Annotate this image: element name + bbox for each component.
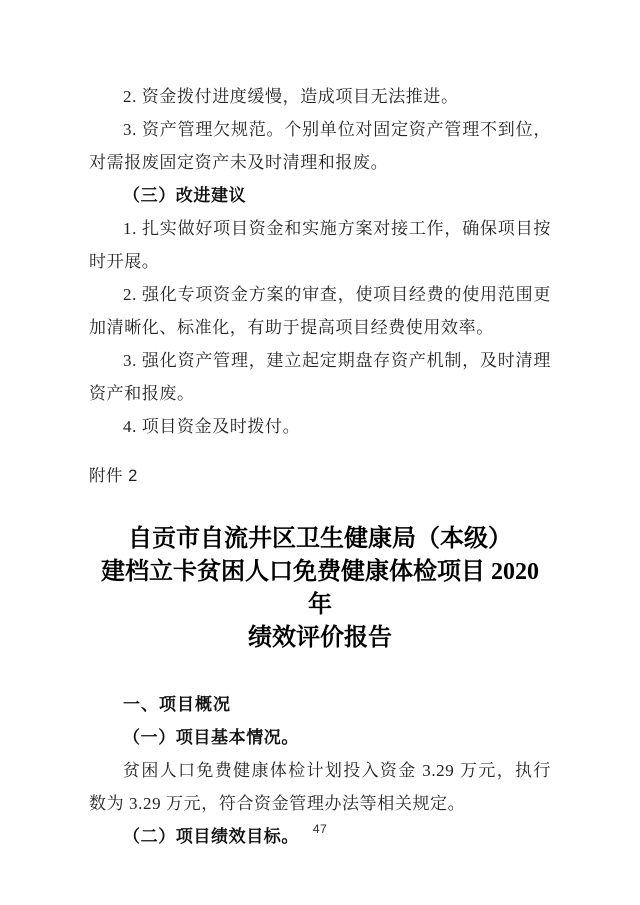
report-title-line: 自贡市自流井区卫生健康局（本级） <box>89 523 551 556</box>
paragraph-project-funding: 贫困人口免费健康体检计划投入资金 3.29 万元，执行数为 3.29 万元，符合… <box>89 754 551 820</box>
page-content: 2. 资金拨付进度缓慢，造成项目无法推进。 3. 资产管理欠规范。个别单位对固定… <box>0 0 640 853</box>
attachment-label: 附件 2 <box>89 460 551 493</box>
document-page: 2. 资金拨付进度缓慢，造成项目无法推进。 3. 资产管理欠规范。个别单位对固定… <box>0 0 640 905</box>
problem-item-3: 3. 资产管理欠规范。个别单位对固定资产管理不到位，对需报废固定资产未及时清理和… <box>89 113 551 179</box>
suggestion-item-4: 4. 项目资金及时拨付。 <box>89 410 551 443</box>
page-number: 47 <box>0 822 640 836</box>
suggestion-item-2: 2. 强化专项资金方案的审查，使项目经费的使用范围更加清晰化、标准化，有助于提高… <box>89 278 551 344</box>
subsection-heading-basic-info: （一）项目基本情况。 <box>89 721 551 754</box>
improvement-suggestions-heading: （三）改进建议 <box>89 179 551 212</box>
suggestion-item-3: 3. 强化资产管理，建立起定期盘存资产机制，及时清理资产和报废。 <box>89 344 551 410</box>
suggestion-item-1: 1. 扎实做好项目资金和实施方案对接工作，确保项目按时开展。 <box>89 212 551 278</box>
report-title: 自贡市自流井区卫生健康局（本级） 建档立卡贫困人口免费健康体检项目 2020 年… <box>89 523 551 655</box>
report-title-line: 绩效评价报告 <box>89 622 551 655</box>
section-heading-project-overview: 一、项目概况 <box>89 688 551 721</box>
report-title-line: 建档立卡贫困人口免费健康体检项目 2020 年 <box>89 556 551 622</box>
problem-item-2: 2. 资金拨付进度缓慢，造成项目无法推进。 <box>89 80 551 113</box>
